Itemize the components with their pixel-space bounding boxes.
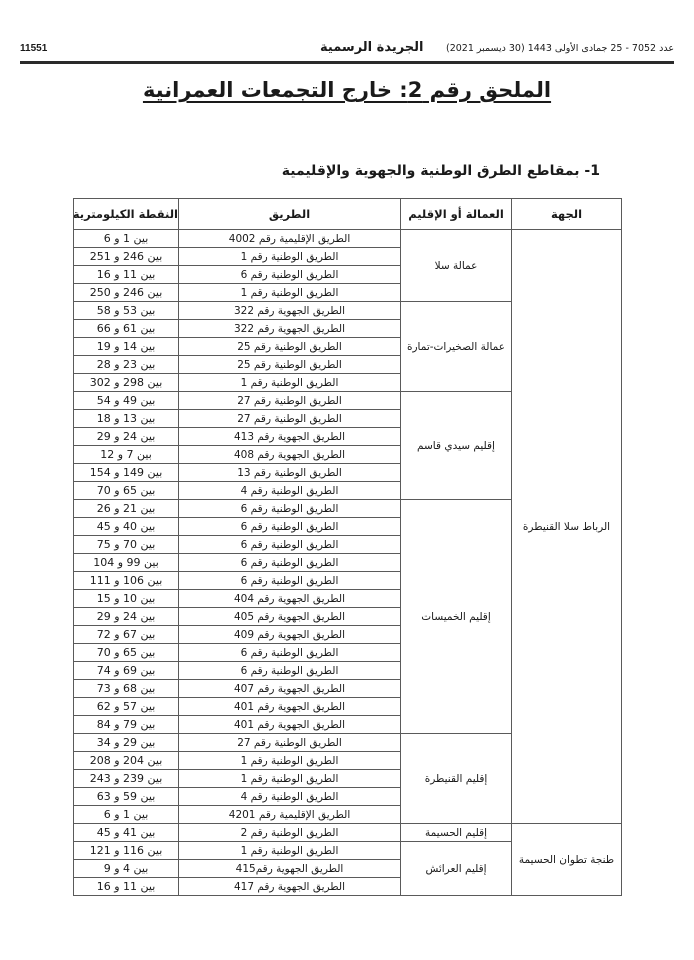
- km-point-cell: بين 11 و 16: [74, 266, 179, 284]
- province-cell: عمالة الصخيرات-تمارة: [401, 302, 512, 392]
- page-title-text: الملحق رقم 2: خارج التجمعات العمرانية: [143, 78, 551, 102]
- road-cell: الطريق الوطنية رقم 6: [179, 266, 401, 284]
- road-cell: الطريق الوطنية رقم 6: [179, 644, 401, 662]
- km-point-cell: بين 298 و 302: [74, 374, 179, 392]
- road-cell: الطريق الجهوية رقم 401: [179, 716, 401, 734]
- road-cell: الطريق الجهوية رقم 322: [179, 320, 401, 338]
- km-point-cell: بين 79 و 84: [74, 716, 179, 734]
- km-point-cell: بين 70 و 75: [74, 536, 179, 554]
- km-point-cell: بين 10 و 15: [74, 590, 179, 608]
- km-point-cell: بين 65 و 70: [74, 644, 179, 662]
- road-cell: الطريق الإقليمية رقم 4201: [179, 806, 401, 824]
- road-cell: الطريق الإقليمية رقم 4002: [179, 230, 401, 248]
- road-cell: الطريق الوطنية رقم 1: [179, 770, 401, 788]
- road-cell: الطريق الوطنية رقم 6: [179, 572, 401, 590]
- km-point-cell: بين 29 و 34: [74, 734, 179, 752]
- header-divider: [20, 61, 674, 64]
- km-point-cell: بين 1 و 6: [74, 230, 179, 248]
- table-row: الرباط سلا القنيطرةعمالة سلاالطريق الإقل…: [74, 230, 622, 248]
- page-title: الملحق رقم 2: خارج التجمعات العمرانية: [0, 78, 694, 102]
- km-point-cell: بين 23 و 28: [74, 356, 179, 374]
- province-cell: إقليم الخميسات: [401, 500, 512, 734]
- page-number: 11551: [20, 43, 47, 54]
- km-point-cell: بين 69 و 74: [74, 662, 179, 680]
- column-header-road: الطريق: [179, 199, 401, 230]
- km-point-cell: بين 1 و 6: [74, 806, 179, 824]
- road-cell: الطريق الجهوية رقم 407: [179, 680, 401, 698]
- road-cell: الطريق الوطنية رقم 6: [179, 518, 401, 536]
- road-cell: الطريق الوطنية رقم 6: [179, 554, 401, 572]
- km-point-cell: بين 61 و 66: [74, 320, 179, 338]
- km-point-cell: بين 68 و 73: [74, 680, 179, 698]
- km-point-cell: بين 65 و 70: [74, 482, 179, 500]
- column-header-km-point: النقطة الكيلومترية: [74, 199, 179, 230]
- road-cell: الطريق الجهوية رقم 408: [179, 446, 401, 464]
- km-point-cell: بين 116 و 121: [74, 842, 179, 860]
- road-cell: الطريق الوطنية رقم 1: [179, 374, 401, 392]
- km-point-cell: بين 53 و 58: [74, 302, 179, 320]
- section-heading: 1- بمقاطع الطرق الوطنية والجهوية والإقلي…: [200, 163, 600, 179]
- road-cell: الطريق الوطنية رقم 1: [179, 248, 401, 266]
- road-cell: الطريق الوطنية رقم 25: [179, 356, 401, 374]
- gazette-name: الجريدة الرسمية: [320, 40, 424, 55]
- km-point-cell: بين 21 و 26: [74, 500, 179, 518]
- km-point-cell: بين 14 و 19: [74, 338, 179, 356]
- road-cell: الطريق الوطنية رقم 2: [179, 824, 401, 842]
- road-cell: الطريق الجهوية رقم 404: [179, 590, 401, 608]
- column-header-province: العمالة أو الإقليم: [401, 199, 512, 230]
- road-cell: الطريق الوطنية رقم 4: [179, 788, 401, 806]
- province-cell: إقليم العرائش: [401, 842, 512, 896]
- road-cell: الطريق الجهوية رقم 322: [179, 302, 401, 320]
- km-point-cell: بين 11 و 16: [74, 878, 179, 896]
- column-header-region: الجهة: [512, 199, 622, 230]
- km-point-cell: بين 246 و 251: [74, 248, 179, 266]
- road-cell: الطريق الوطنية رقم 1: [179, 842, 401, 860]
- province-cell: إقليم الحسيمة: [401, 824, 512, 842]
- km-point-cell: بين 149 و 154: [74, 464, 179, 482]
- table-header-row: الجهة العمالة أو الإقليم الطريق النقطة ا…: [74, 199, 622, 230]
- km-point-cell: بين 59 و 63: [74, 788, 179, 806]
- road-cell: الطريق الوطنية رقم 1: [179, 752, 401, 770]
- road-cell: الطريق الجهوية رقم 409: [179, 626, 401, 644]
- km-point-cell: بين 13 و 18: [74, 410, 179, 428]
- table-row: طنجة تطوان الحسيمةإقليم الحسيمةالطريق ال…: [74, 824, 622, 842]
- issue-info: عدد 7052 - 25 جمادى الأولى 1443 (30 ديسم…: [446, 43, 674, 54]
- road-cell: الطريق الجهوية رقم 413: [179, 428, 401, 446]
- road-cell: الطريق الوطنية رقم 6: [179, 536, 401, 554]
- km-point-cell: بين 49 و 54: [74, 392, 179, 410]
- table-body: الرباط سلا القنيطرةعمالة سلاالطريق الإقل…: [74, 230, 622, 896]
- road-sections-table: الجهة العمالة أو الإقليم الطريق النقطة ا…: [73, 198, 622, 896]
- road-cell: الطريق الوطنية رقم 13: [179, 464, 401, 482]
- km-point-cell: بين 24 و 29: [74, 428, 179, 446]
- region-cell: الرباط سلا القنيطرة: [512, 230, 622, 824]
- road-cell: الطريق الوطنية رقم 4: [179, 482, 401, 500]
- km-point-cell: بين 67 و 72: [74, 626, 179, 644]
- page-header: 11551 الجريدة الرسمية عدد 7052 - 25 جماد…: [20, 40, 674, 58]
- province-cell: عمالة سلا: [401, 230, 512, 302]
- road-cell: الطريق الوطنية رقم 25: [179, 338, 401, 356]
- road-cell: الطريق الوطنية رقم 1: [179, 284, 401, 302]
- km-point-cell: بين 99 و 104: [74, 554, 179, 572]
- road-cell: الطريق الجهوية رقم 401: [179, 698, 401, 716]
- km-point-cell: بين 4 و 9: [74, 860, 179, 878]
- road-cell: الطريق الوطنية رقم 6: [179, 662, 401, 680]
- km-point-cell: بين 239 و 243: [74, 770, 179, 788]
- province-cell: إقليم القنيطرة: [401, 734, 512, 824]
- km-point-cell: بين 246 و 250: [74, 284, 179, 302]
- road-cell: الطريق الجهوية رقم415: [179, 860, 401, 878]
- km-point-cell: بين 24 و 29: [74, 608, 179, 626]
- km-point-cell: بين 41 و 45: [74, 824, 179, 842]
- road-cell: الطريق الجهوية رقم 405: [179, 608, 401, 626]
- region-cell: طنجة تطوان الحسيمة: [512, 824, 622, 896]
- km-point-cell: بين 40 و 45: [74, 518, 179, 536]
- road-cell: الطريق الجهوية رقم 417: [179, 878, 401, 896]
- road-cell: الطريق الوطنية رقم 27: [179, 734, 401, 752]
- km-point-cell: بين 57 و 62: [74, 698, 179, 716]
- km-point-cell: بين 106 و 111: [74, 572, 179, 590]
- road-cell: الطريق الوطنية رقم 6: [179, 500, 401, 518]
- km-point-cell: بين 204 و 208: [74, 752, 179, 770]
- km-point-cell: بين 7 و 12: [74, 446, 179, 464]
- road-cell: الطريق الوطنية رقم 27: [179, 410, 401, 428]
- road-cell: الطريق الوطنية رقم 27: [179, 392, 401, 410]
- province-cell: إقليم سيدي قاسم: [401, 392, 512, 500]
